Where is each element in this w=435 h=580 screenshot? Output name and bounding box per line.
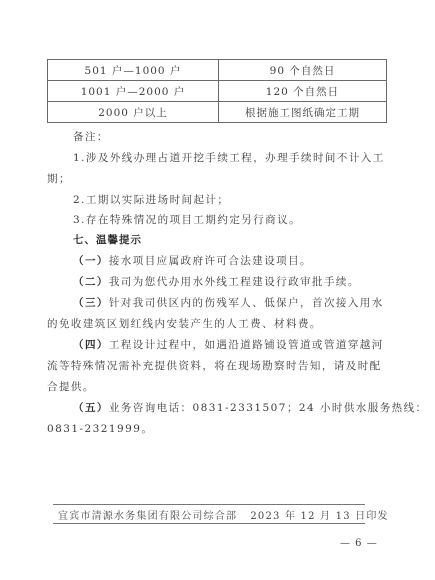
- period-cell: 根据施工图纸确定工期: [219, 102, 387, 123]
- footer-top-rule: [53, 504, 365, 505]
- footer-issuer: 宜宾市清源水务集团有限公司综合部: [58, 511, 237, 522]
- tip-4: （四）工程设计过程中，如遇沿道路铺设管道或管道穿越河: [73, 338, 384, 352]
- period-cell: 120 个自然日: [219, 81, 387, 102]
- note-item-1: 1.涉及外线办理占道开挖手续工程，办理手续时间不计入工: [73, 151, 385, 165]
- schedule-table: 501 户—1000 户 90 个自然日 1001 户—2000 户 120 个…: [47, 59, 387, 123]
- tip-text: 业务咨询电话：0831-2331507；24 小时供水服务热线：: [109, 402, 428, 414]
- households-cell: 1001 户—2000 户: [48, 81, 219, 102]
- tip-marker: （二）: [73, 276, 109, 288]
- footer-date: 2023 年 12 月 13 日印发: [250, 511, 388, 522]
- tip-5: （五）业务咨询电话：0831-2331507；24 小时供水服务热线：: [73, 401, 428, 415]
- table-row: 1001 户—2000 户 120 个自然日: [48, 81, 387, 102]
- tip-text: 针对我司供区内的伤残军人、低保户，首次接入用水: [109, 297, 384, 309]
- tip-marker: （四）: [73, 339, 109, 351]
- section-heading: 七、温馨提示: [73, 233, 142, 247]
- table-row: 501 户—1000 户 90 个自然日: [48, 60, 387, 81]
- households-cell: 2000 户以上: [48, 102, 219, 123]
- page-number: — 6 —: [340, 538, 378, 549]
- period-cell: 90 个自然日: [219, 60, 387, 81]
- note-item-2: 2.工期以实际进场时间起计；: [73, 193, 229, 207]
- note-item-3: 3.存在特殊情况的项目工期约定另行商议。: [73, 213, 301, 227]
- tip-3: （三）针对我司供区内的伤残军人、低保户，首次接入用水: [73, 296, 384, 310]
- tip-5-cont: 0831-2321999。: [47, 422, 153, 436]
- tip-marker: （一）: [73, 255, 109, 267]
- notes-title: 备注：: [73, 130, 109, 144]
- tip-text: 我司为您代办用水外线工程建设行政审批手续。: [109, 276, 360, 288]
- tip-4-cont: 流等特殊情况需补充提供资料，将在现场勘察时告知，请及时配: [47, 359, 382, 373]
- note-item-1-cont: 期；: [47, 172, 71, 186]
- tip-1: （一）接水项目应属政府许可合法建设项目。: [73, 254, 312, 268]
- table-row: 2000 户以上 根据施工图纸确定工期: [48, 102, 387, 123]
- tip-marker: （五）: [73, 402, 109, 414]
- tip-text: 工程设计过程中，如遇沿道路铺设管道或管道穿越河: [109, 339, 384, 351]
- tip-4-cont: 合提供。: [47, 380, 95, 394]
- document-page: 501 户—1000 户 90 个自然日 1001 户—2000 户 120 个…: [0, 0, 435, 580]
- households-cell: 501 户—1000 户: [48, 60, 219, 81]
- tip-text: 接水项目应属政府许可合法建设项目。: [109, 255, 312, 267]
- tip-marker: （三）: [73, 297, 109, 309]
- tip-3-cont: 的免收建筑区划红线内安装产生的人工费、材料费。: [47, 317, 322, 331]
- footer-bottom-rule: [53, 523, 365, 524]
- footer-imprint: 宜宾市清源水务集团有限公司综合部 2023 年 12 月 13 日印发: [58, 507, 389, 522]
- tip-2: （二）我司为您代办用水外线工程建设行政审批手续。: [73, 275, 360, 289]
